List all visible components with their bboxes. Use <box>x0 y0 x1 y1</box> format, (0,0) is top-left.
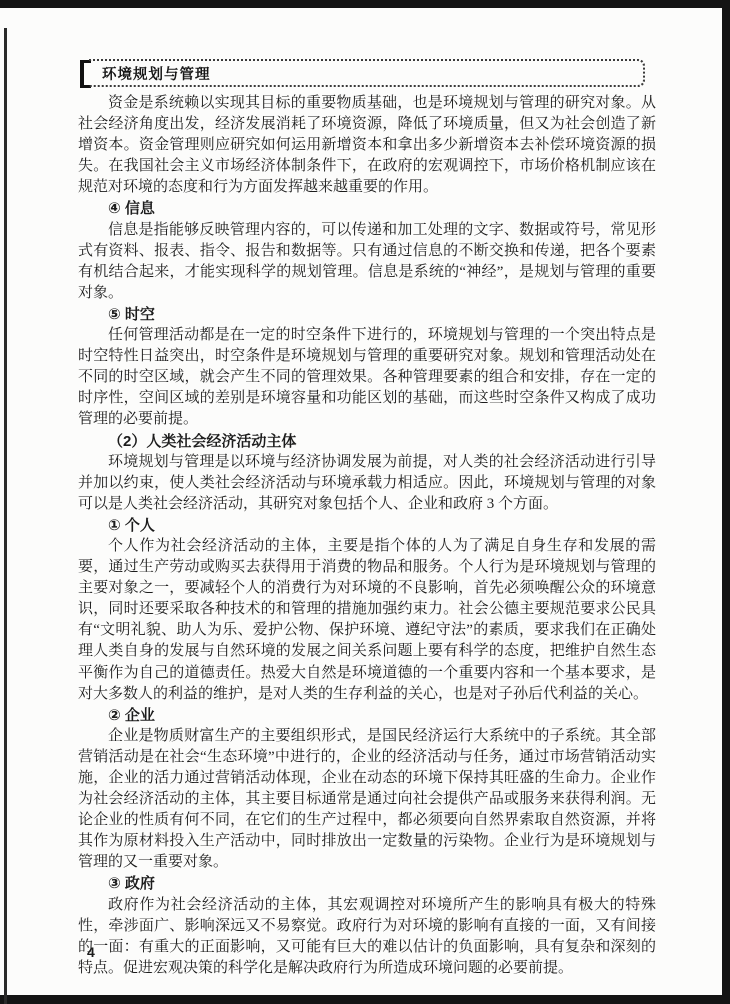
page-header-title: 环境规划与管理 <box>89 63 211 84</box>
section-heading-enterprise: ② 企业 <box>78 705 656 726</box>
scan-edge-bottom <box>0 995 730 1004</box>
paragraph-government: 政府作为社会经济活动的主体，其宏观调控对环境所产生的影响具有极大的特殊性，牵涉面… <box>78 895 656 979</box>
section-heading-subjects: （2）人类社会经济活动主体 <box>78 431 656 452</box>
page-body-text: 资金是系统赖以实现其目标的重要物质基础，也是环境规划与管理的研究对象。从社会经济… <box>78 93 656 979</box>
page-number: 4 <box>87 944 95 960</box>
paragraph-info: 信息是指能够反映管理内容的，可以传递和加工处理的文字、数据或符号，常见形式有资料… <box>78 220 656 304</box>
header-dotted-box: 环境规划与管理 <box>89 59 645 87</box>
section-heading-individual: ① 个人 <box>78 515 656 536</box>
section-heading-government: ③ 政府 <box>78 873 656 894</box>
paragraph-capital: 资金是系统赖以实现其目标的重要物质基础，也是环境规划与管理的研究对象。从社会经济… <box>78 93 656 198</box>
running-header: 环境规划与管理 <box>80 59 645 85</box>
paragraph-subjects: 环境规划与管理是以环境与经济协调发展为前提，对人类的社会经济活动进行引导并加以约… <box>78 452 656 515</box>
paragraph-individual: 个人作为社会经济活动的主体，主要是指个体的人为了满足自身生存和发展的需要，通过生… <box>78 536 656 705</box>
scan-edge-top <box>0 0 730 8</box>
paragraph-spacetime: 任何管理活动都是在一定的时空条件下进行的，环境规划与管理的一个突出特点是时空特性… <box>78 325 656 430</box>
scanned-book-page: 环境规划与管理 资金是系统赖以实现其目标的重要物质基础，也是环境规划与管理的研究… <box>0 0 730 1004</box>
scan-edge-right <box>722 0 730 1004</box>
paragraph-enterprise: 企业是物质财富生产的主要组织形式，是国民经济运行大系统中的子系统。其全部营销活动… <box>78 726 656 874</box>
section-heading-info: ④ 信息 <box>78 198 656 219</box>
section-heading-spacetime: ⑤ 时空 <box>78 304 656 325</box>
scan-edge-left <box>4 28 7 1004</box>
